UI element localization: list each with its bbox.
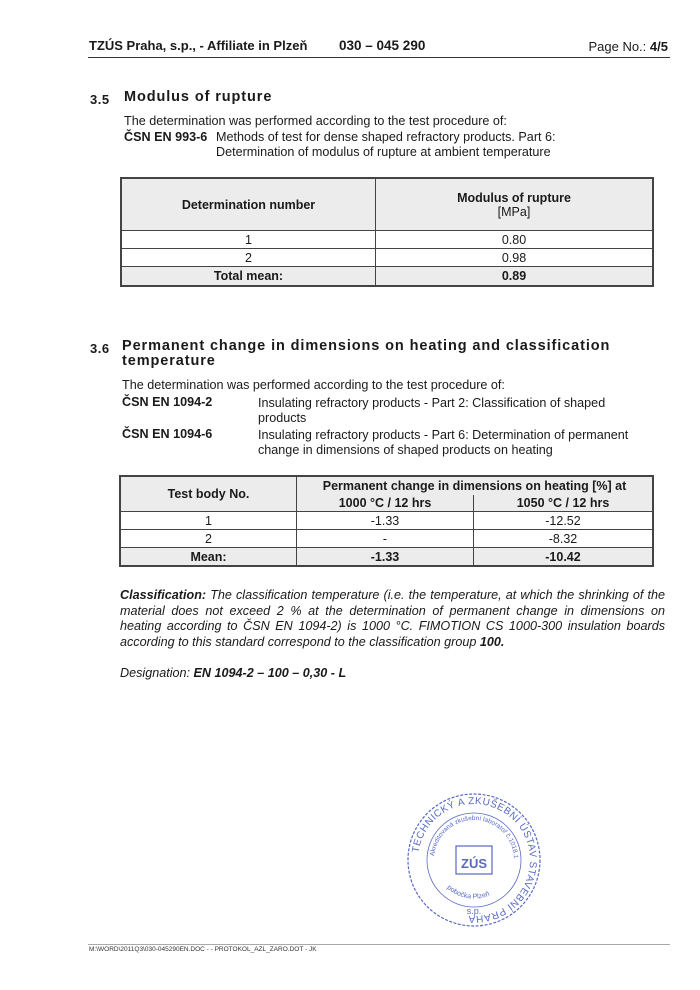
section-number: 3.6	[90, 341, 110, 356]
section-title-continued: temperature	[122, 353, 216, 369]
header-permanent-change: Permanent change in dimensions on heatin…	[297, 477, 653, 495]
organization-name: TZÚS Praha, s.p., - Affiliate in Plzeň	[89, 38, 307, 53]
footer-divider	[88, 944, 670, 945]
header-determination-number: Determination number	[122, 179, 376, 231]
header-1000c: 1000 °C / 12 hrs	[297, 495, 474, 512]
official-stamp: TECHNICKÝ A ZKUŠEBNÍ ÚSTAV STAVEBNÍ PRAH…	[404, 790, 544, 930]
permanent-change-table: Test body No. Permanent change in dimens…	[120, 476, 653, 566]
header-modulus-of-rupture: Modulus of rupture [MPa]	[376, 179, 653, 231]
standard-code: ČSN EN 993-6	[124, 130, 207, 145]
section-title: Permanent change in dimensions on heatin…	[122, 338, 610, 354]
classification-paragraph: Classification: The classification tempe…	[120, 588, 665, 650]
section-number: 3.5	[90, 92, 110, 107]
standard-code: ČSN EN 1094-2	[122, 395, 212, 410]
svg-text:ZÚS: ZÚS	[461, 856, 487, 871]
header-1050c: 1050 °C / 12 hrs	[474, 495, 653, 512]
svg-text:Akreditovaná zkušební laborato: Akreditovaná zkušební laboratoř č.1018.1	[429, 815, 519, 859]
stamp-seal-icon: TECHNICKÝ A ZKUŠEBNÍ ÚSTAV STAVEBNÍ PRAH…	[404, 790, 544, 930]
standard-description: Insulating refractory products - Part 6:…	[258, 428, 628, 443]
classification-group: 100.	[480, 635, 505, 649]
table-row: 2 - -8.32	[121, 530, 653, 548]
footer-file-path: M:\WORD\2011Q3\030-045290EN.DOC - - PROT…	[89, 946, 317, 953]
table-row: 2 0.98	[122, 249, 653, 267]
page-header: TZÚS Praha, s.p., - Affiliate in Plzeň 0…	[88, 36, 670, 58]
designation-value: EN 1094-2 – 100 – 0,30 - L	[194, 666, 347, 680]
header-test-body-no: Test body No.	[121, 477, 297, 512]
standard-description: Determination of modulus of rupture at a…	[216, 145, 551, 160]
total-mean-row: Total mean: 0.89	[122, 267, 653, 286]
modulus-of-rupture-table: Determination number Modulus of rupture …	[121, 178, 653, 286]
classification-label: Classification:	[120, 588, 206, 602]
mean-row: Mean: -1.33 -10.42	[121, 548, 653, 566]
svg-text:s.p.: s.p.	[467, 906, 482, 916]
standard-description: Methods of test for dense shaped refract…	[216, 130, 556, 145]
procedure-intro: The determination was performed accordin…	[122, 378, 505, 393]
protocol-number: 030 – 045 290	[339, 38, 425, 53]
standard-code: ČSN EN 1094-6	[122, 427, 212, 442]
section-title: Modulus of rupture	[124, 89, 272, 105]
procedure-intro: The determination was performed accordin…	[124, 114, 507, 129]
standard-description: products	[258, 411, 306, 426]
standard-description: Insulating refractory products - Part 2:…	[258, 396, 605, 411]
standard-description: change in dimensions of shaped products …	[258, 443, 553, 458]
designation: Designation: EN 1094-2 – 100 – 0,30 - L	[120, 666, 346, 680]
svg-text:pobočka Plzeň: pobočka Plzeň	[446, 884, 491, 900]
table-row: 1 -1.33 -12.52	[121, 512, 653, 530]
page-number: Page No.: 4/5	[588, 39, 668, 54]
table-row: 1 0.80	[122, 231, 653, 249]
